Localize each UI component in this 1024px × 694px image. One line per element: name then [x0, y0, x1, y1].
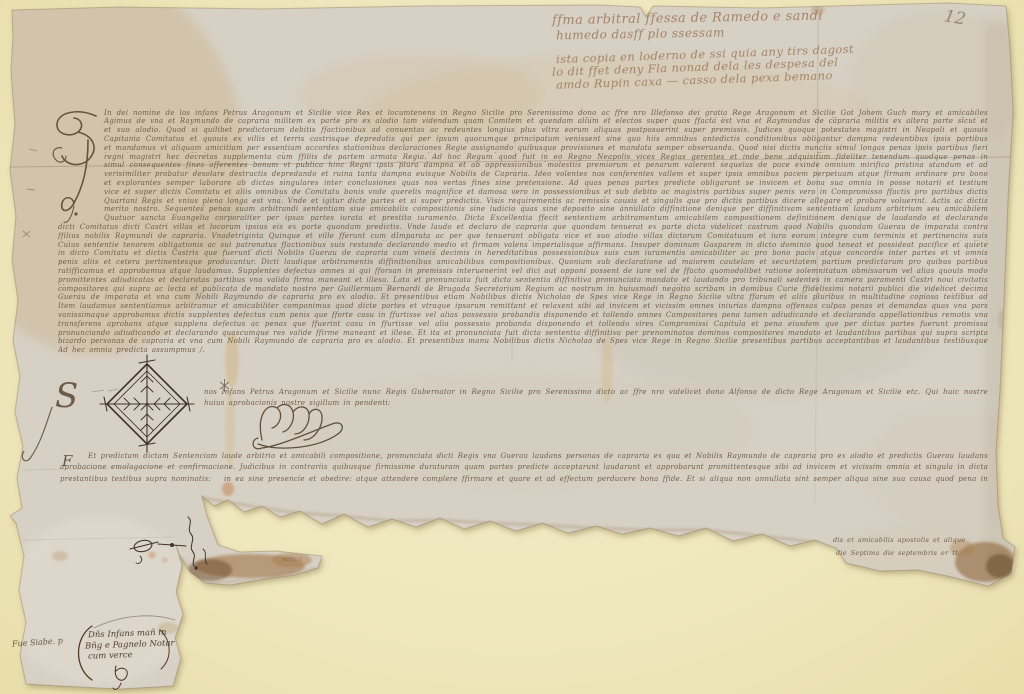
- body-line: Guerau de imparata et vna cum Nobili Ray…: [58, 293, 988, 302]
- body-line: simul consequentes fines afferentes bonu…: [58, 161, 988, 170]
- annotation-line: humedo dasff plo ssessam: [556, 27, 725, 43]
- confirmation-line: aprobacione emolagacione et confirmacion…: [60, 463, 988, 472]
- body-line: Quartani Regis et vnius plena longa est …: [58, 197, 988, 206]
- body-line: transferens aprobans atque supplens defe…: [58, 320, 988, 329]
- body-line: promittentes adiudicatas et declaratas p…: [58, 276, 988, 285]
- body-line: vice et super dictis Comitatu et aliis o…: [58, 188, 988, 197]
- body-line: penis aliis et cetera pertinentesque pro…: [58, 258, 988, 267]
- fragment-line: dis et amicabilis apostolis et alique: [833, 536, 988, 545]
- confirmation-line: in ea sine presencie et obedire: atque a…: [224, 475, 988, 484]
- body-line: In dei nomine de los infans Petrus Arago…: [58, 109, 988, 118]
- body-line: Item laudamus sententiamus arbitramur et…: [58, 302, 988, 311]
- body-line: dicti Comitatus dicti Castri villas et l…: [58, 223, 988, 232]
- signum-line: huius aprobacionis nostre sigillum in pe…: [204, 399, 504, 408]
- body-line: Cuius sententie tenorem obligationis ac …: [58, 241, 988, 250]
- body-line: vanissimaque approbamus dictis supplente…: [58, 311, 988, 320]
- manuscript-photograph: S: [0, 0, 1024, 694]
- body-line: Capitania Comitatus et quouis ex villis …: [58, 135, 988, 144]
- svg-text:S: S: [55, 376, 78, 416]
- docket-line: cum verce: [88, 650, 133, 662]
- body-line: Agimus de vna et Raymundo de capraria mi…: [58, 117, 988, 126]
- body-line: ratifficamus et approbamus atque laudamu…: [58, 267, 988, 276]
- body-line: compositores qui supra ac lecta et publi…: [58, 285, 988, 294]
- witness-tag: prestantibus testibus supra nominatis:: [60, 475, 230, 484]
- body-line: bizardo personas de capraria et vna cum …: [58, 337, 988, 346]
- sliver-text: vetn: c: [282, 556, 303, 563]
- body-line: merito nostro. Sequentes penas suam arbi…: [58, 205, 988, 214]
- body-line: et mandamus vt aliquam amicitiam per ess…: [58, 144, 988, 153]
- body-line: et explorantes semper laborare ab dictas…: [58, 179, 988, 188]
- archival-number: 12: [942, 6, 967, 29]
- confirmation-line: Et predictam dictam Sentenciam laude arb…: [88, 452, 988, 461]
- body-line: in dicto Comitatu et dictis Castris que …: [58, 249, 988, 258]
- body-line: Quatuor sancta Euangelia corporaliter pe…: [58, 214, 988, 223]
- body-line: et suo alodio. Quod si quilibet predicto…: [58, 126, 988, 135]
- fragment-line: die Septima die septembris er tt: [836, 549, 986, 558]
- body-line: pronunciando adiudicando et declarando q…: [58, 329, 988, 338]
- signum-line: nos Infans Petrus Aragonum et Sicilie nu…: [204, 388, 988, 397]
- body-line: verisimiliter probatur desolare destruct…: [58, 170, 988, 179]
- body-line: regni magistri hec decretas supplementa …: [58, 153, 988, 162]
- body-line: ffilius nobilis Raymundi de capraria. Vn…: [58, 232, 988, 241]
- body-closing-line: Ad hec omnia predicta assumpmus /.: [58, 346, 988, 355]
